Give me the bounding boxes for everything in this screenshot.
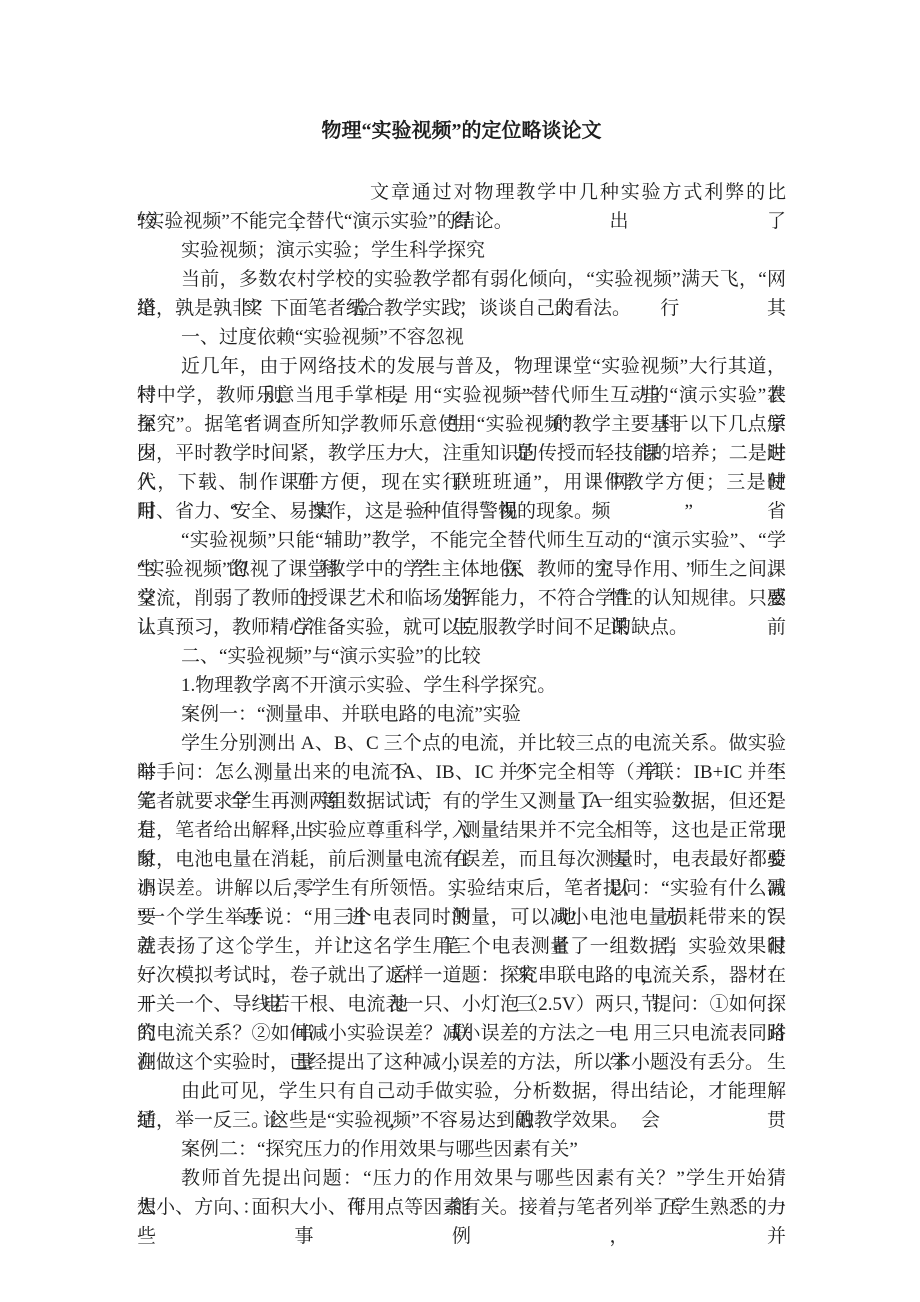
text-line: 教师首先提出问题：“压力的作用效果与哪些因素有关？”学生开始猜想：可能与压力 bbox=[137, 1164, 786, 1193]
text-line: 村中学，教师乐意当甩手掌柜，用“实验视频”替代师生互动的“演示实验”甚至“学生的… bbox=[137, 381, 786, 410]
text-line: “实验视频”只能“辅助”教学，不能完全替代师生互动的“演示实验”、“学生的科学探… bbox=[137, 526, 786, 555]
text-line: 1.物理教学离不开演示实验、学生科学探究。 bbox=[137, 671, 786, 700]
text-line: 实验视频；演示实验；学生科学探究 bbox=[137, 236, 786, 265]
text-line: 在做这个实验时，已经提出了这种减小误差的方法，所以本小题没有丢分。 bbox=[137, 1048, 786, 1077]
text-line: 时，电池电量在消耗，前后测量电流有误差，而且每次测量时，电表最好都要调零，以减 bbox=[137, 845, 786, 874]
text-line: 探究”。据笔者调查所知，教师乐意使用“实验视频”教学主要基于以下几点原因：一是课… bbox=[137, 410, 786, 439]
document-title: 物理“实验视频”的定位略谈论文 bbox=[137, 0, 786, 144]
text-line: 二、“实验视频”与“演示实验”的比较 bbox=[137, 642, 786, 671]
text-line: 案例二：“探究压力的作用效果与哪些因素有关” bbox=[137, 1135, 786, 1164]
text-line: 的电流关系？②如何减小实验误差？减小误差的方法之一：用三只电流表同时测量，学生 bbox=[137, 1019, 786, 1048]
text-line: 大小、方向、面积大小、作用点等因素有关。接着，笔者列举了学生熟悉的一些事例，并 bbox=[137, 1193, 786, 1222]
text-line: 小误差。讲解以后，学生有所领悟。实验结束后，笔者提问：“实验有什么需要改进的地方… bbox=[137, 874, 786, 903]
text-line: 代，下载、制作课件方便，现在实行“班班通”，用课件教学方便；三是使用“实验视频”… bbox=[137, 468, 786, 497]
text-line: 一、过度依赖“实验视频”不容忽视 bbox=[137, 323, 786, 352]
text-line: 一次模拟考试时，卷子就出了这样一道题：探究串联电路的电流关系，器材：干电池三节、 bbox=[137, 961, 786, 990]
text-line: 案例一：“测量串、并联电路的电流”实验 bbox=[137, 700, 786, 729]
document-page: 物理“实验视频”的定位略谈论文 文章通过对物理教学中几种实验方式利弊的比较，得出… bbox=[0, 0, 920, 1302]
text-line: 举手问：怎么测量出来的电流 IA、IB、IC 并不完全相等（并联：IB+IC 并… bbox=[137, 758, 786, 787]
text-line: 近几年，由于网络技术的发展与普及，物理课堂“实验视频”大行其道，特别是一些农 bbox=[137, 352, 786, 381]
text-line: 就表扬了这个学生，并让这名学生用三个电表测量了一组数据，实验效果很好。后来，在 bbox=[137, 932, 786, 961]
text-line: 少，平时教学时间紧，教学压力大，注重知识的传授而轻技能的培养；二是进入互联网时 bbox=[137, 439, 786, 468]
document-lines: 文章通过对物理教学中几种实验方式利弊的比较，得出了“实验视频”不能完全替代“演示… bbox=[137, 178, 786, 1222]
text-line: 文章通过对物理教学中几种实验方式利弊的比较，得出了 bbox=[137, 178, 786, 207]
text-line: 开关一个、导线若干根、电流表一只、小灯泡（2.5V）两只，提问：①如何探究串联电… bbox=[137, 990, 786, 1019]
text-line: 当前，多数农村学校的实验教学都有弱化倾向，“实验视频”满天飞，“网络实验”大行其 bbox=[137, 265, 786, 294]
text-line: 是，笔者给出解释，实验应尊重科学，测量结果并不完全相等，这也是正常现象。在实验 bbox=[137, 816, 786, 845]
text-line: 由此可见，学生只有自己动手做实验，分析数据，得出结论，才能理解结论，融会贯 bbox=[137, 1077, 786, 1106]
text-line: 学生分别测出 A、B、C 三个点的电流，并比较三点的电流关系。做实验时，不少学生 bbox=[137, 729, 786, 758]
text-line: 交流，削弱了教师的授课艺术和临场发挥能力，不符合学生的认知规律。只要让学生课前 bbox=[137, 584, 786, 613]
text-line: ”一个学生举手说：“用三个电表同时测量，可以减小电池电量损耗带来的误差。”笔者当… bbox=[137, 903, 786, 932]
text-line: 笔者就要求学生再测两组数据试试，有的学生又测量了一组实验数据，但还是有出入。于 bbox=[137, 787, 786, 816]
text-line: “实验视频”忽视了课堂教学中的学生主体地位、教师的主导作用、师生之间课堂上的情感 bbox=[137, 555, 786, 584]
